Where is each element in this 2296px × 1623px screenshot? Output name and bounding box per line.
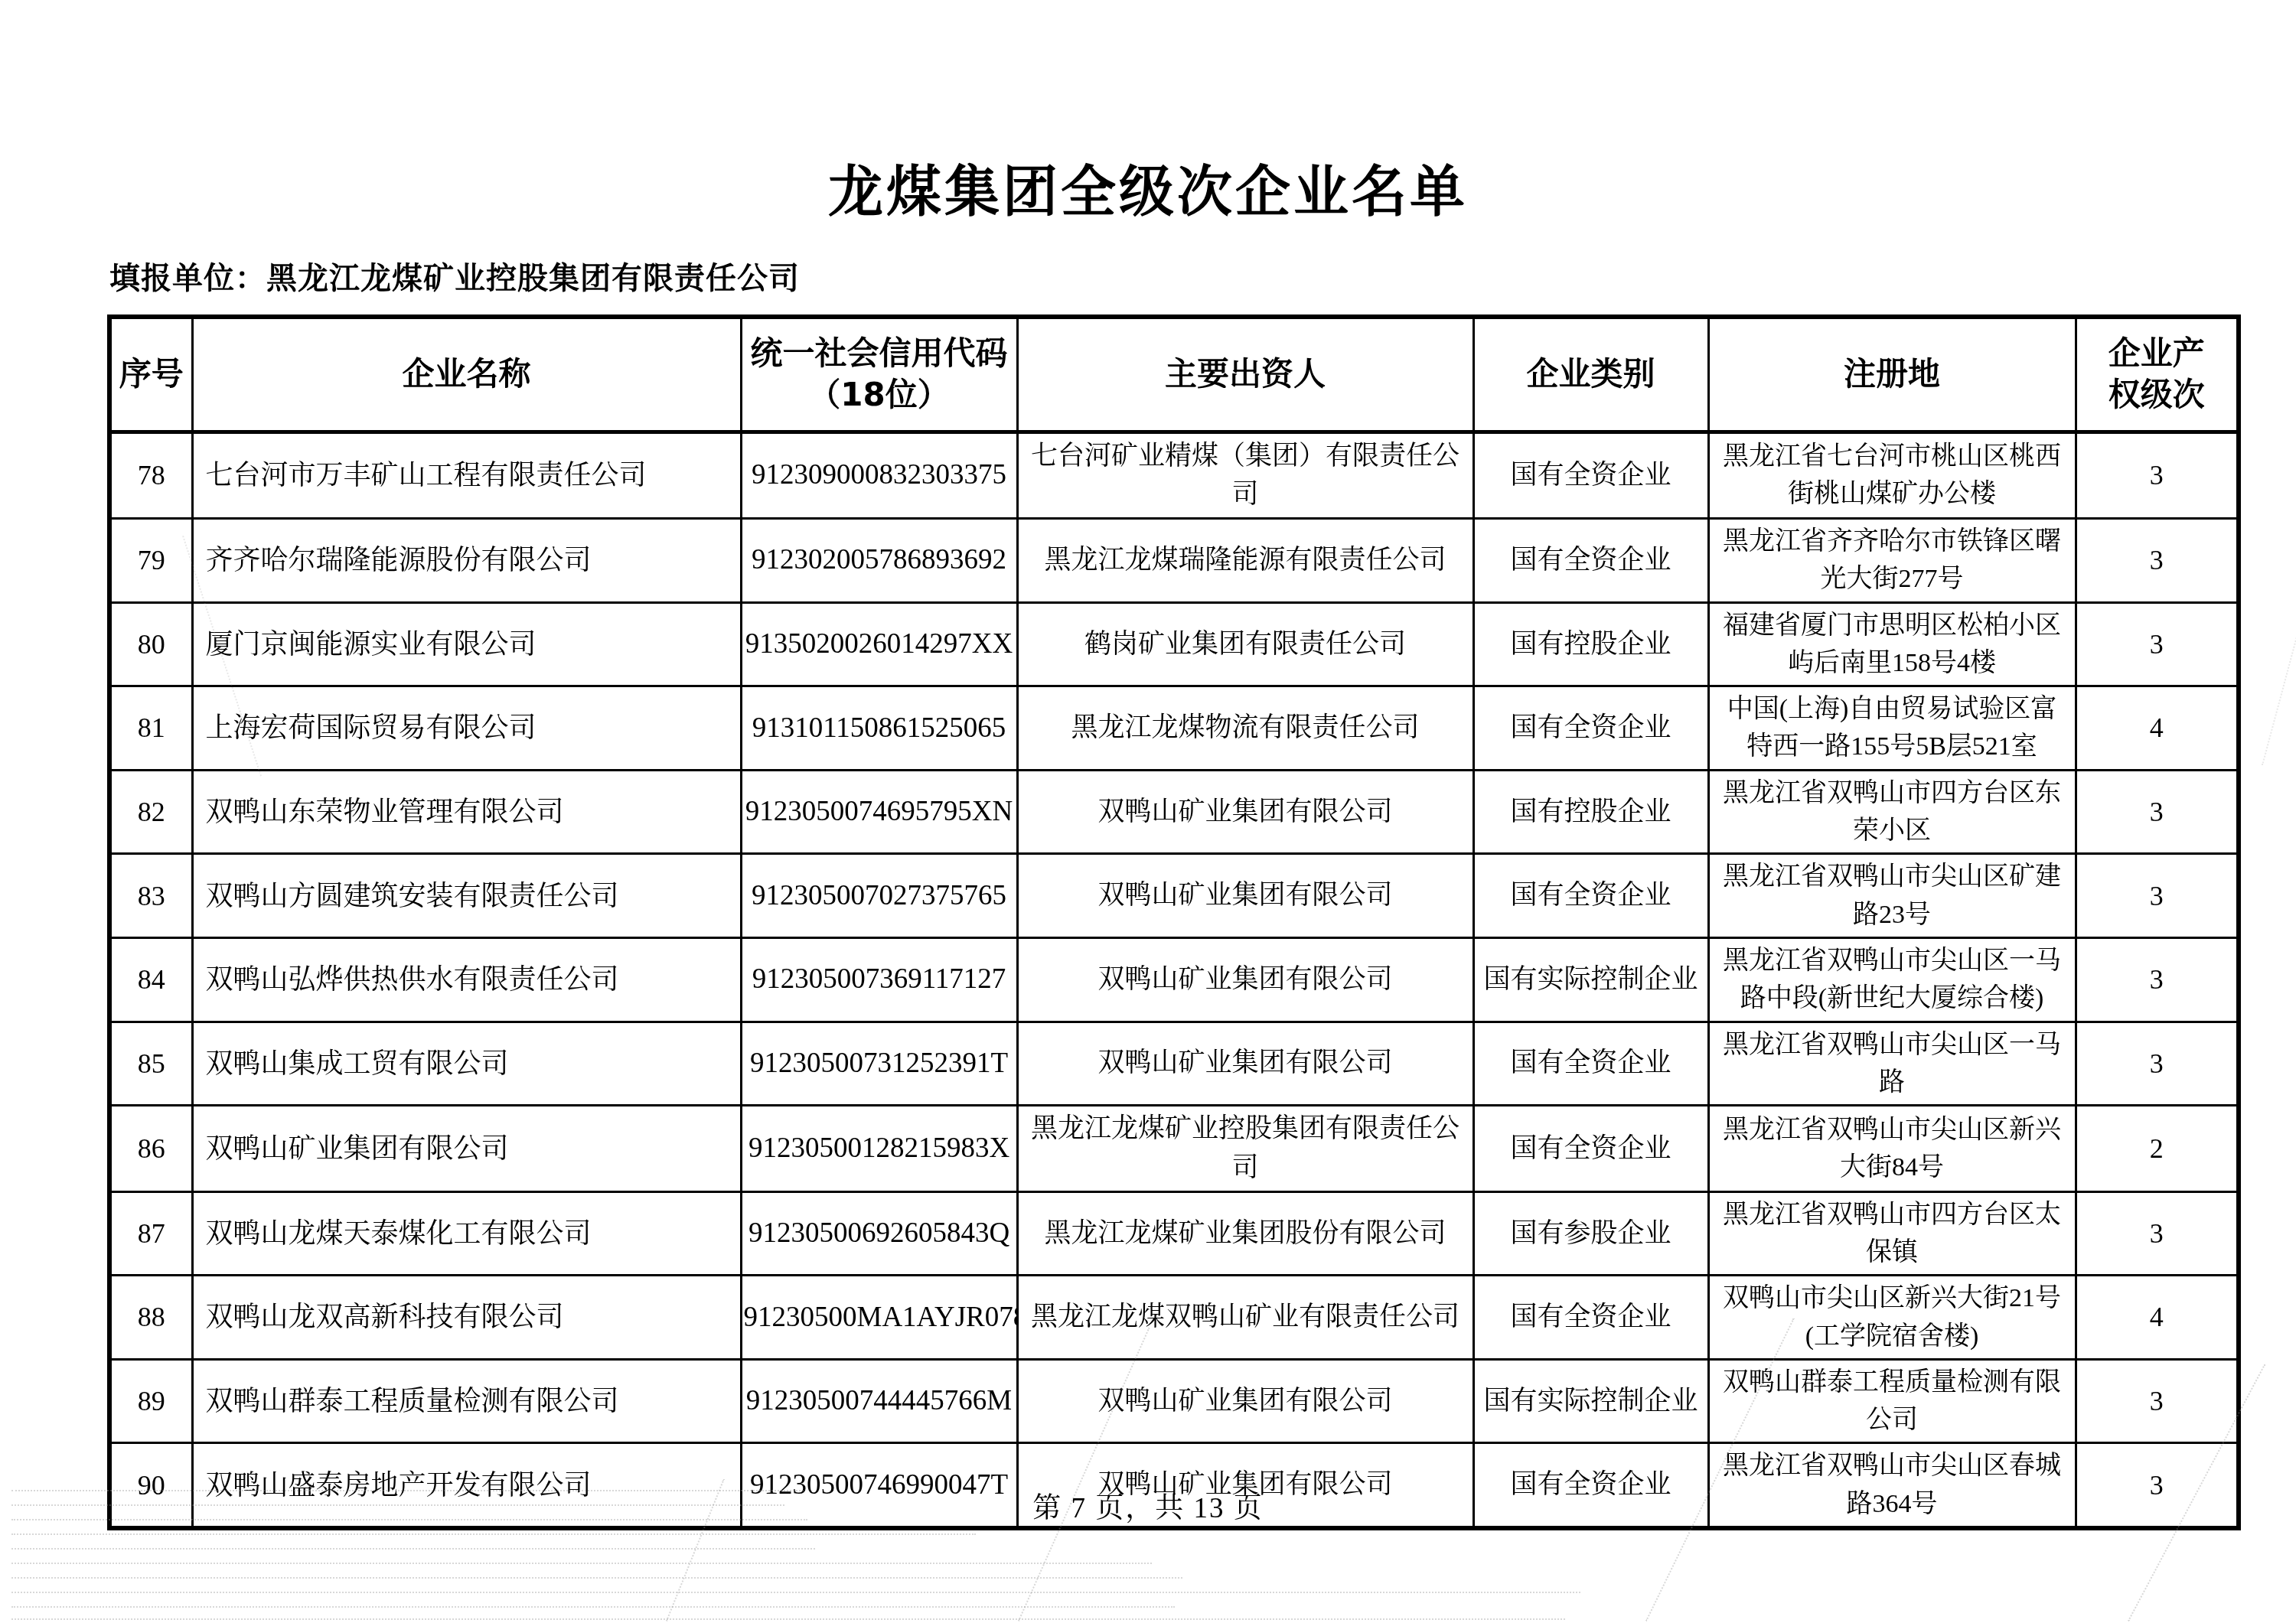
cell-code: 9135020026014297XX (741, 602, 1017, 686)
cell-category: 国有控股企业 (1473, 770, 1708, 854)
company-table: 序号 企业名称 统一社会信用代码（18位） 主要出资人 企业类别 注册地 企业产… (107, 314, 2241, 1530)
table-row: 87双鸭山龙煤天泰煤化工有限公司91230500692605843Q黑龙江龙煤矿… (109, 1191, 2239, 1276)
cell-level: 3 (2076, 1359, 2239, 1443)
header-address: 注册地 (1708, 317, 2076, 432)
cell-investor: 双鸭山矿业集团有限公司 (1017, 1022, 1473, 1106)
cell-address: 黑龙江省七台河市桃山区桃西街桃山煤矿办公楼 (1708, 432, 2076, 519)
cell-investor: 黑龙江龙煤双鸭山矿业有限责任公司 (1017, 1276, 1473, 1360)
header-category: 企业类别 (1473, 317, 1708, 432)
table-header: 序号 企业名称 统一社会信用代码（18位） 主要出资人 企业类别 注册地 企业产… (109, 317, 2239, 432)
cell-address: 黑龙江省双鸭山市尖山区一马路中段(新世纪大厦综合楼) (1708, 937, 2076, 1022)
cell-category: 国有全资企业 (1473, 519, 1708, 603)
scan-artifact (11, 1606, 1175, 1608)
scan-artifact (11, 1533, 976, 1535)
cell-address: 福建省厦门市思明区松柏小区屿后南里158号4楼 (1708, 602, 2076, 686)
cell-category: 国有参股企业 (1473, 1191, 1708, 1276)
cell-name: 双鸭山弘烨供热供水有限责任公司 (192, 937, 741, 1022)
cell-investor: 七台河矿业精煤（集团）有限责任公司 (1017, 432, 1473, 519)
cell-address: 黑龙江省双鸭山市尖山区一马路 (1708, 1022, 2076, 1106)
page-title: 龙煤集团全级次企业名单 (0, 147, 2296, 227)
cell-level: 3 (2076, 854, 2239, 938)
cell-seq: 86 (109, 1106, 192, 1192)
cell-level: 3 (2076, 1022, 2239, 1106)
cell-code: 91230500731252391T (741, 1022, 1017, 1106)
cell-investor: 黑龙江龙煤矿业控股集团有限责任公司 (1017, 1106, 1473, 1192)
cell-name: 双鸭山龙双高新科技有限公司 (192, 1276, 741, 1360)
cell-investor: 双鸭山矿业集团有限公司 (1017, 770, 1473, 854)
cell-category: 国有全资企业 (1473, 1106, 1708, 1192)
cell-category: 国有全资企业 (1473, 1022, 1708, 1106)
cell-address: 黑龙江省双鸭山市四方台区太保镇 (1708, 1191, 2076, 1276)
cell-investor: 黑龙江龙煤瑞隆能源有限责任公司 (1017, 519, 1473, 603)
cell-address: 双鸭山群泰工程质量检测有限公司 (1708, 1359, 2076, 1443)
cell-investor: 双鸭山矿业集团有限公司 (1017, 937, 1473, 1022)
cell-investor: 双鸭山矿业集团有限公司 (1017, 1359, 1473, 1443)
header-name: 企业名称 (192, 317, 741, 432)
header-code: 统一社会信用代码（18位） (741, 317, 1017, 432)
scan-artifact (11, 1563, 1152, 1564)
cell-name: 齐齐哈尔瑞隆能源股份有限公司 (192, 519, 741, 603)
table-row: 80厦门京闽能源实业有限公司9135020026014297XX鹤岗矿业集团有限… (109, 602, 2239, 686)
cell-name: 双鸭山方圆建筑安装有限责任公司 (192, 854, 741, 938)
cell-seq: 83 (109, 854, 192, 938)
cell-level: 3 (2076, 937, 2239, 1022)
table-row: 85双鸭山集成工贸有限公司91230500731252391T双鸭山矿业集团有限… (109, 1022, 2239, 1106)
cell-name: 双鸭山群泰工程质量检测有限公司 (192, 1359, 741, 1443)
cell-name: 双鸭山矿业集团有限公司 (192, 1106, 741, 1192)
cell-code: 91230500692605843Q (741, 1191, 1017, 1276)
cell-name: 七台河市万丰矿山工程有限责任公司 (192, 432, 741, 519)
cell-level: 2 (2076, 1106, 2239, 1192)
table-row: 88双鸭山龙双高新科技有限公司91230500MA1AYJR078黑龙江龙煤双鸭… (109, 1276, 2239, 1360)
table-row: 82双鸭山东荣物业管理有限公司9123050074695795XN双鸭山矿业集团… (109, 770, 2239, 854)
scan-artifact (11, 1592, 1580, 1593)
cell-code: 9123050074695795XN (741, 770, 1017, 854)
cell-name: 上海宏荷国际贸易有限公司 (192, 686, 741, 771)
cell-code: 912305007369117127 (741, 937, 1017, 1022)
scan-artifact (2262, 543, 2296, 765)
cell-category: 国有全资企业 (1473, 686, 1708, 771)
header-seq: 序号 (109, 317, 192, 432)
cell-code: 913101150861525065 (741, 686, 1017, 771)
scan-artifact (11, 1577, 1182, 1579)
cell-seq: 85 (109, 1022, 192, 1106)
cell-code: 91230500MA1AYJR078 (741, 1276, 1017, 1360)
cell-address: 黑龙江省双鸭山市四方台区东荣小区 (1708, 770, 2076, 854)
cell-level: 3 (2076, 432, 2239, 519)
cell-seq: 80 (109, 602, 192, 686)
cell-level: 3 (2076, 602, 2239, 686)
cell-name: 厦门京闽能源实业有限公司 (192, 602, 741, 686)
cell-code: 912305007027375765 (741, 854, 1017, 938)
cell-investor: 黑龙江龙煤矿业集团股份有限公司 (1017, 1191, 1473, 1276)
cell-category: 国有控股企业 (1473, 602, 1708, 686)
cell-seq: 88 (109, 1276, 192, 1360)
scan-artifact (11, 1548, 815, 1550)
cell-category: 国有全资企业 (1473, 854, 1708, 938)
cell-seq: 81 (109, 686, 192, 771)
reporting-unit-label: 填报单位：黑龙江龙煤矿业控股集团有限责任公司 (109, 254, 800, 298)
header-investor: 主要出资人 (1017, 317, 1473, 432)
header-level: 企业产权级次 (2076, 317, 2239, 432)
cell-investor: 黑龙江龙煤物流有限责任公司 (1017, 686, 1473, 771)
cell-seq: 82 (109, 770, 192, 854)
cell-address: 黑龙江省齐齐哈尔市铁锋区曙光大街277号 (1708, 519, 2076, 603)
table-row: 84双鸭山弘烨供热供水有限责任公司912305007369117127双鸭山矿业… (109, 937, 2239, 1022)
table-row: 86双鸭山矿业集团有限公司91230500128215983X黑龙江龙煤矿业控股… (109, 1106, 2239, 1192)
cell-level: 4 (2076, 686, 2239, 771)
table-row: 89双鸭山群泰工程质量检测有限公司91230500744445766M双鸭山矿业… (109, 1359, 2239, 1443)
cell-name: 双鸭山集成工贸有限公司 (192, 1022, 741, 1106)
cell-investor: 双鸭山矿业集团有限公司 (1017, 854, 1473, 938)
cell-code: 912309000832303375 (741, 432, 1017, 519)
cell-name: 双鸭山龙煤天泰煤化工有限公司 (192, 1191, 741, 1276)
cell-code: 912302005786893692 (741, 519, 1017, 603)
cell-category: 国有全资企业 (1473, 432, 1708, 519)
document-page: 龙煤集团全级次企业名单 填报单位：黑龙江龙煤矿业控股集团有限责任公司 序号 企业… (0, 0, 2296, 1623)
cell-address: 黑龙江省双鸭山市尖山区新兴大街84号 (1708, 1106, 2076, 1192)
cell-code: 91230500128215983X (741, 1106, 1017, 1192)
cell-level: 3 (2076, 1191, 2239, 1276)
cell-seq: 89 (109, 1359, 192, 1443)
cell-seq: 84 (109, 937, 192, 1022)
table-row: 79齐齐哈尔瑞隆能源股份有限公司912302005786893692黑龙江龙煤瑞… (109, 519, 2239, 603)
table-row: 81上海宏荷国际贸易有限公司913101150861525065黑龙江龙煤物流有… (109, 686, 2239, 771)
cell-address: 中国(上海)自由贸易试验区富特西一路155号5B层521室 (1708, 686, 2076, 771)
cell-code: 91230500744445766M (741, 1359, 1017, 1443)
cell-address: 黑龙江省双鸭山市尖山区矿建路23号 (1708, 854, 2076, 938)
cell-seq: 79 (109, 519, 192, 603)
cell-level: 3 (2076, 770, 2239, 854)
table-row: 78七台河市万丰矿山工程有限责任公司912309000832303375七台河矿… (109, 432, 2239, 519)
cell-name: 双鸭山东荣物业管理有限公司 (192, 770, 741, 854)
scan-artifact (11, 1618, 1565, 1620)
cell-category: 国有实际控制企业 (1473, 937, 1708, 1022)
cell-level: 3 (2076, 519, 2239, 603)
cell-level: 4 (2076, 1276, 2239, 1360)
cell-category: 国有实际控制企业 (1473, 1359, 1708, 1443)
cell-seq: 87 (109, 1191, 192, 1276)
cell-investor: 鹤岗矿业集团有限责任公司 (1017, 602, 1473, 686)
page-number: 第 7 页，共 13 页 (0, 1484, 2296, 1526)
cell-seq: 78 (109, 432, 192, 519)
cell-category: 国有全资企业 (1473, 1276, 1708, 1360)
table-row: 83双鸭山方圆建筑安装有限责任公司912305007027375765双鸭山矿业… (109, 854, 2239, 938)
cell-address: 双鸭山市尖山区新兴大街21号(工学院宿舍楼) (1708, 1276, 2076, 1360)
table-body: 78七台河市万丰矿山工程有限责任公司912309000832303375七台河矿… (109, 432, 2239, 1528)
header-row: 序号 企业名称 统一社会信用代码（18位） 主要出资人 企业类别 注册地 企业产… (109, 317, 2239, 432)
